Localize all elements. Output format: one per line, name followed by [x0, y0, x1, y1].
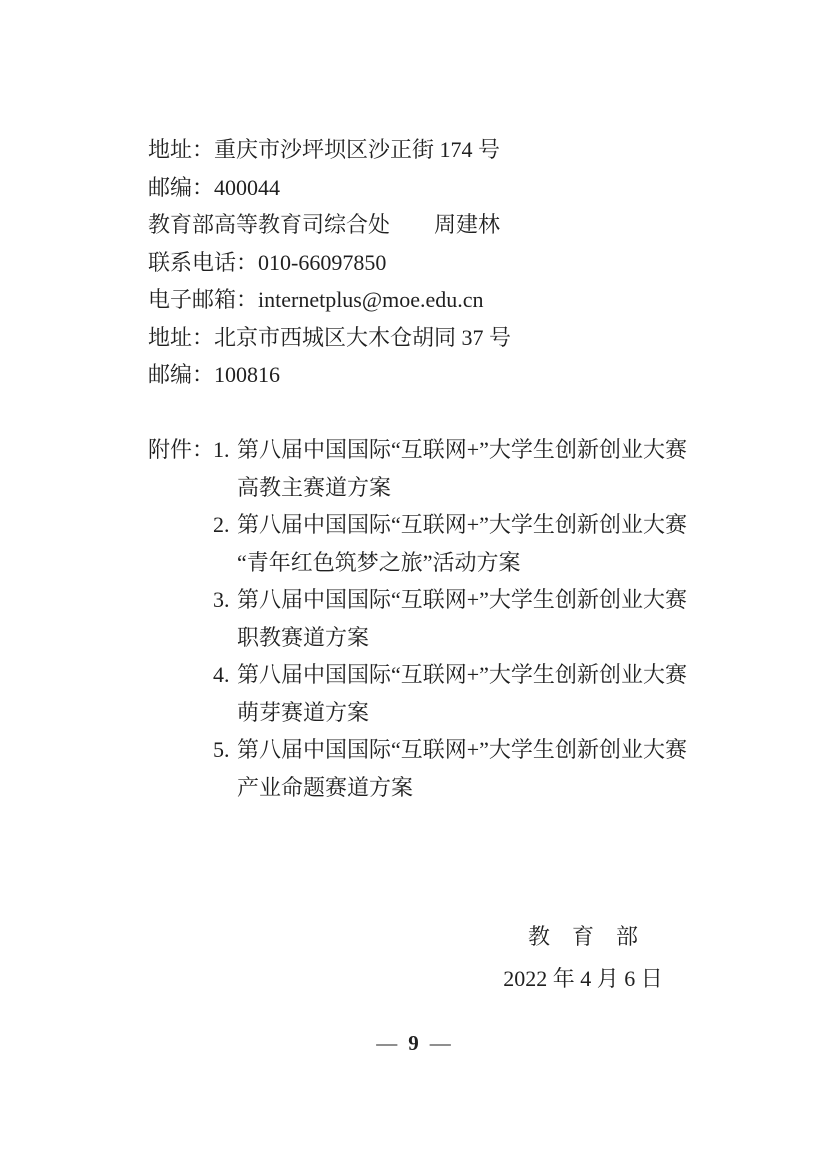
attachment-title: 第八届中国国际“互联网+”大学生创新创业大赛 萌芽赛道方案: [237, 656, 723, 731]
attachment-title: 第八届中国国际“互联网+”大学生创新创业大赛 高教主赛道方案: [237, 431, 723, 506]
contact-line-department-contact: 教育部高等教育司综合处 周建林: [148, 206, 723, 244]
contact-line-email: 电子邮箱：internetplus@moe.edu.cn: [148, 281, 723, 319]
contact-line-postcode-400044: 邮编：400044: [148, 169, 723, 207]
attachment-number: 4.: [213, 656, 237, 731]
contact-block: 地址：重庆市沙坪坝区沙正街 174 号 邮编：400044 教育部高等教育司综合…: [148, 131, 723, 394]
page-number: 9: [397, 1031, 430, 1055]
attachment-title-line2: “青年红色筑梦之旅”活动方案: [237, 544, 723, 582]
contact-line-phone: 联系电话：010-66097850: [148, 244, 723, 282]
attachment-title-line2: 萌芽赛道方案: [237, 694, 723, 732]
attachment-title-line1: 第八届中国国际“互联网+”大学生创新创业大赛: [237, 506, 723, 544]
attachments-section: 附件： 1. 第八届中国国际“互联网+”大学生创新创业大赛 高教主赛道方案 2.…: [148, 431, 723, 806]
contact-line-address-chongqing: 地址：重庆市沙坪坝区沙正街 174 号: [148, 131, 723, 169]
attachment-title-line1: 第八届中国国际“互联网+”大学生创新创业大赛: [237, 431, 723, 469]
attachment-item: 2. 第八届中国国际“互联网+”大学生创新创业大赛 “青年红色筑梦之旅”活动方案: [213, 506, 723, 581]
attachment-title: 第八届中国国际“互联网+”大学生创新创业大赛 “青年红色筑梦之旅”活动方案: [237, 506, 723, 581]
attachment-item: 1. 第八届中国国际“互联网+”大学生创新创业大赛 高教主赛道方案: [213, 431, 723, 506]
attachments-list: 1. 第八届中国国际“互联网+”大学生创新创业大赛 高教主赛道方案 2. 第八届…: [213, 431, 723, 806]
attachment-item: 3. 第八届中国国际“互联网+”大学生创新创业大赛 职教赛道方案: [213, 581, 723, 656]
attachment-title: 第八届中国国际“互联网+”大学生创新创业大赛 职教赛道方案: [237, 581, 723, 656]
attachment-title-line2: 高教主赛道方案: [237, 469, 723, 507]
attachments-label: 附件：: [148, 431, 213, 806]
document-page: 地址：重庆市沙坪坝区沙正街 174 号 邮编：400044 教育部高等教育司综合…: [148, 131, 723, 806]
attachment-title-line1: 第八届中国国际“互联网+”大学生创新创业大赛: [237, 656, 723, 694]
contact-line-address-beijing: 地址：北京市西城区大木仓胡同 37 号: [148, 319, 723, 357]
attachment-item: 5. 第八届中国国际“互联网+”大学生创新创业大赛 产业命题赛道方案: [213, 731, 723, 806]
attachment-title: 第八届中国国际“互联网+”大学生创新创业大赛 产业命题赛道方案: [237, 731, 723, 806]
page-number-dash-left: —: [376, 1031, 397, 1055]
contact-line-postcode-100816: 邮编：100816: [148, 356, 723, 394]
attachment-number: 1.: [213, 431, 237, 506]
attachment-number: 2.: [213, 506, 237, 581]
signature-date: 2022 年 4 月 6 日: [438, 958, 728, 1000]
attachment-title-line2: 产业命题赛道方案: [237, 769, 723, 807]
attachment-title-line1: 第八届中国国际“互联网+”大学生创新创业大赛: [237, 731, 723, 769]
page-number-dash-right: —: [430, 1031, 451, 1055]
attachment-title-line1: 第八届中国国际“互联网+”大学生创新创业大赛: [237, 581, 723, 619]
page-footer: —9—: [0, 1029, 827, 1057]
attachment-number: 3.: [213, 581, 237, 656]
attachment-item: 4. 第八届中国国际“互联网+”大学生创新创业大赛 萌芽赛道方案: [213, 656, 723, 731]
signature-block: 教 育 部 2022 年 4 月 6 日: [438, 916, 728, 1000]
signature-agency: 教 育 部: [438, 916, 728, 958]
attachment-title-line2: 职教赛道方案: [237, 619, 723, 657]
attachment-number: 5.: [213, 731, 237, 806]
